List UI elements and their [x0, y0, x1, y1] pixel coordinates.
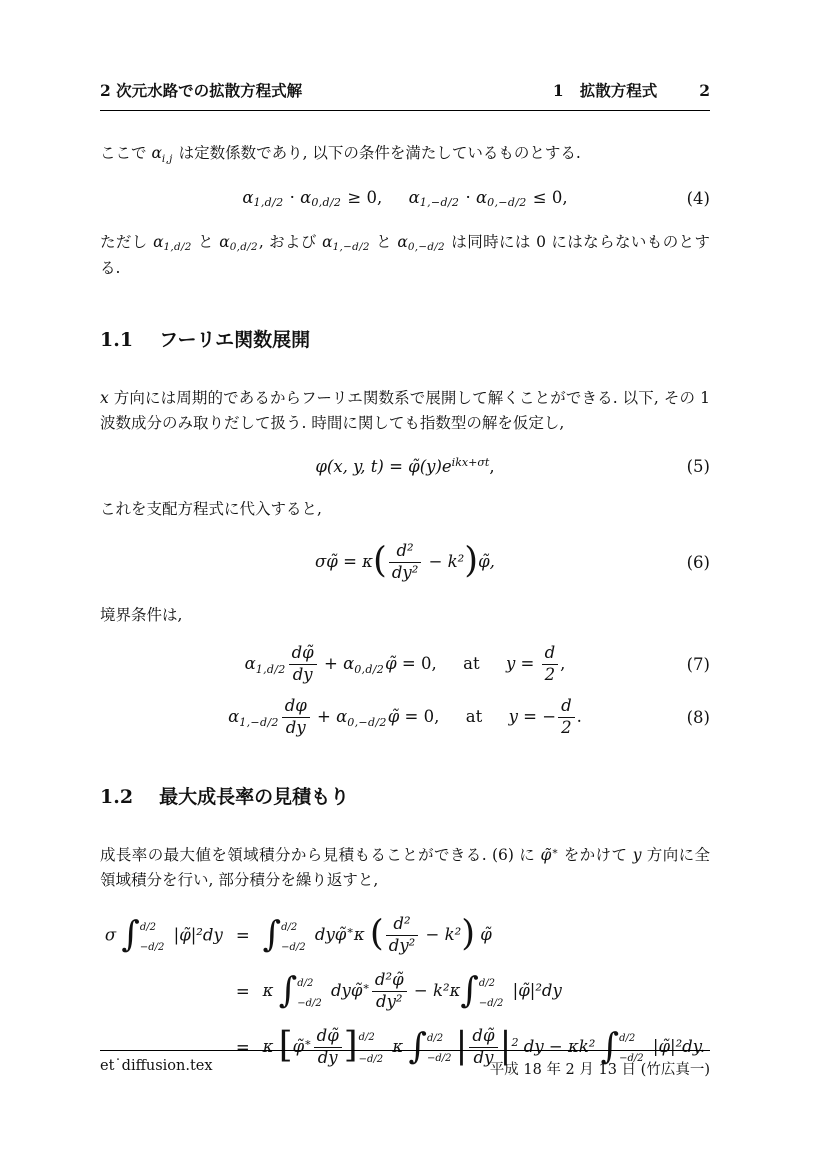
integral-limits: d/2−d/2: [297, 979, 322, 1009]
upper-limit: d/2: [297, 979, 322, 989]
math-alpha: α: [336, 707, 347, 726]
math-alpha: α: [151, 144, 161, 162]
math-relation: ≥ 0,: [342, 188, 382, 207]
fraction-numerator: d: [542, 644, 559, 665]
text: 境界条件は,: [100, 606, 182, 624]
math-subscript: 0,−d/2: [408, 241, 445, 253]
math-cdot: ·: [284, 188, 300, 207]
math-at: at: [466, 707, 482, 726]
equation-number: (6): [687, 553, 710, 573]
integral: ∫d/2−d/2: [279, 977, 326, 1007]
fraction: d2: [542, 644, 559, 685]
lower-limit: −d/2: [140, 943, 165, 953]
math-x: x: [100, 389, 109, 407]
fraction-denominator: 2: [542, 665, 559, 685]
equation-6: σφ̃ = κ(d²dy² − k²)φ̃, (6): [100, 542, 710, 583]
math-operator: +: [312, 707, 336, 726]
document-page: 2 次元水路での拡散方程式解 1 拡散方程式 2 ここで αi,j は定数係数で…: [0, 0, 826, 1169]
equation-number: (8): [687, 708, 710, 728]
fraction-numerator: d²: [389, 542, 422, 563]
lower-limit: −d/2: [479, 999, 504, 1009]
text: と: [371, 233, 398, 251]
math-subscript: i,j: [162, 153, 173, 165]
math-expression: − k²κ: [409, 981, 461, 1000]
text: は定数係数であり, 以下の条件を満たしているものとする.: [174, 144, 581, 162]
equation-5: φ(x, y, t) = φ̃(y)eikx+σt, (5): [100, 456, 710, 477]
page-content: 2 次元水路での拡散方程式解 1 拡散方程式 2 ここで αi,j は定数係数で…: [100, 78, 710, 1068]
text: 成長率の最大値を領域積分から見積もることができる. (6) に: [100, 846, 540, 864]
math-expression: φ(x, y, t) = φ̃(y)e: [315, 457, 451, 476]
paragraph-1: ここで αi,j は定数係数であり, 以下の条件を満たしているものとする.: [100, 141, 710, 167]
math-condition: y = −: [509, 707, 556, 726]
math-subscript: 1,−d/2: [239, 716, 278, 729]
fraction-denominator: 2: [558, 718, 575, 738]
footer-filename: et˙diffusion.tex: [100, 1058, 213, 1079]
running-head-section-title: 拡散方程式: [580, 78, 658, 103]
math-phi: φ̃: [385, 654, 397, 673]
section-number: 1.2: [100, 782, 133, 813]
math-expression: |φ̃|²dy: [168, 925, 222, 944]
math-at: at: [463, 654, 479, 673]
math-expression: φ̃,: [478, 552, 495, 571]
integral: ∫d/2−d/2: [263, 921, 310, 951]
upper-limit: d/2: [619, 1034, 644, 1044]
upper-limit: d/2: [140, 923, 165, 933]
math-superscript: ikx+σt: [452, 456, 490, 469]
math-phi: φ̃: [388, 707, 400, 726]
math-kappa: κ: [354, 925, 365, 944]
section-number: 1.1: [100, 325, 133, 356]
math-expression: |φ̃|²dy: [507, 981, 561, 1000]
integral-limits: d/2−d/2: [140, 923, 165, 953]
running-head-left: 2 次元水路での拡散方程式解: [100, 78, 302, 103]
boundary-condition-equations: α1,d/2dφ̃dy + α0,d/2φ̃ = 0,aty = d2, (7)…: [100, 644, 710, 738]
text: 方向には周期的であるからフーリエ関数系で展開して解くことができる. 以下, その…: [100, 389, 710, 432]
equals-sign: =: [236, 926, 250, 946]
paragraph-4: これを支配方程式に代入すると,: [100, 497, 710, 522]
header-gap: [100, 111, 710, 141]
fraction: d²dy²: [389, 542, 422, 583]
fraction-numerator: dφ: [282, 697, 310, 718]
math-expression: − k²: [423, 552, 464, 571]
math-kappa: κ: [263, 981, 279, 1000]
page-number: 2: [699, 78, 710, 103]
integral-derivation: σ ∫d/2−d/2 |φ̃|²dy = ∫d/2−d/2 dyφ̃∗κ (d²…: [105, 915, 705, 1068]
equation-4: α1,d/2 · α0,d/2 ≥ 0,α1,−d/2 · α0,−d/2 ≤ …: [100, 188, 710, 210]
math-punctuation: ,: [560, 654, 565, 673]
math-alpha: α: [242, 188, 253, 207]
math-subscript: 1,d/2: [164, 241, 192, 253]
math-condition: y =: [506, 654, 540, 673]
fraction-denominator: dy: [282, 718, 310, 738]
math-phi: φ̃: [475, 925, 492, 944]
math-subscript: 0,−d/2: [487, 196, 526, 209]
fraction: dφ̃dy: [289, 644, 317, 685]
math-phi: φ̃: [540, 846, 551, 864]
integral: ∫d/2−d/2: [460, 977, 507, 1007]
math-superscript: 2: [511, 1036, 518, 1049]
math-alpha: α: [322, 233, 332, 251]
math-subscript: 0,d/2: [311, 196, 341, 209]
integral: ∫d/2−d/2: [121, 921, 168, 951]
equals-sign: =: [236, 982, 250, 1002]
math-expression: dyφ̃: [310, 925, 347, 944]
math-expression: dyφ̃: [326, 981, 363, 1000]
math-relation: = 0,: [397, 654, 437, 673]
fraction: d2: [558, 697, 575, 738]
section-title: 最大成長率の見積もり: [159, 782, 349, 813]
math-expression: − k²: [420, 925, 461, 944]
text: ここで: [100, 144, 151, 162]
footer-rule: [100, 1050, 710, 1051]
math-alpha: α: [300, 188, 311, 207]
integral-limits: d/2−d/2: [479, 979, 504, 1009]
fraction-denominator: dy²: [389, 563, 422, 583]
math-subscript: 1,−d/2: [420, 196, 459, 209]
lower-limit: −d/2: [281, 943, 306, 953]
equation-8: α1,−d/2dφdy + α0,−d/2φ̃ = 0,aty = −d2. (…: [100, 697, 710, 738]
upper-limit: d/2: [427, 1034, 452, 1044]
text: ただし: [100, 233, 153, 251]
math-superscript: ∗: [346, 924, 354, 937]
lower-limit: −d/2: [297, 999, 322, 1009]
fraction-numerator: d²φ̃: [372, 971, 407, 992]
math-relation: = 0,: [399, 707, 439, 726]
fraction: d²φ̃dy²: [372, 971, 407, 1012]
fraction-numerator: d²: [386, 915, 419, 936]
text: と: [193, 233, 220, 251]
equation-number: (4): [687, 189, 710, 209]
text: をかけて: [558, 846, 632, 864]
math-alpha: α: [245, 654, 256, 673]
math-punctuation: ,: [489, 457, 494, 476]
upper-limit: d/2: [359, 1033, 384, 1043]
fraction-numerator: d: [558, 697, 575, 718]
integral-limits: d/2−d/2: [281, 923, 306, 953]
fraction-denominator: dy²: [372, 992, 407, 1012]
section-heading-1-1: 1.1 フーリエ関数展開: [100, 325, 710, 356]
section-heading-1-2: 1.2 最大成長率の見積もり: [100, 782, 710, 813]
running-head: 2 次元水路での拡散方程式解 1 拡散方程式 2: [100, 78, 710, 110]
fraction: dφdy: [282, 697, 310, 738]
page-footer: et˙diffusion.tex 平成 18 年 2 月 13 日 (竹広真一): [100, 1050, 710, 1079]
math-alpha: α: [397, 233, 407, 251]
math-subscript: 0,−d/2: [347, 716, 386, 729]
text: , および: [259, 233, 322, 251]
fraction-denominator: dy²: [386, 936, 419, 956]
math-expression: σφ̃ = κ: [315, 552, 373, 571]
upper-limit: d/2: [281, 923, 306, 933]
derivation-row2-rhs: κ ∫d/2−d/2 dyφ̃∗d²φ̃dy² − k²κ∫d/2−d/2 |φ…: [263, 971, 562, 1012]
paragraph-3: x 方向には周期的であるからフーリエ関数系で展開して解くことができる. 以下, …: [100, 386, 710, 436]
math-superscript: ∗: [304, 1036, 312, 1049]
upper-limit: d/2: [479, 979, 504, 989]
equation-number: (5): [687, 457, 710, 477]
footer-date-author: 平成 18 年 2 月 13 日 (竹広真一): [490, 1058, 710, 1079]
math-punctuation: .: [577, 707, 582, 726]
footer-row: et˙diffusion.tex 平成 18 年 2 月 13 日 (竹広真一): [100, 1058, 710, 1079]
section-title: フーリエ関数展開: [159, 325, 310, 356]
math-subscript: 1,−d/2: [333, 241, 370, 253]
math-alpha: α: [343, 654, 354, 673]
math-cdot: ·: [460, 188, 476, 207]
math-subscript: 1,d/2: [254, 196, 284, 209]
equation-number: (7): [687, 655, 710, 675]
text: これを支配方程式に代入すると,: [100, 500, 322, 518]
fraction-denominator: dy: [289, 665, 317, 685]
running-head-section-number: 1: [553, 78, 564, 103]
math-alpha: α: [409, 188, 420, 207]
derivation-row1-rhs: ∫d/2−d/2 dyφ̃∗κ (d²dy² − k²) φ̃: [263, 915, 492, 956]
math-alpha: α: [219, 233, 229, 251]
paragraph-5: 境界条件は,: [100, 603, 710, 628]
math-operator: +: [319, 654, 343, 673]
derivation-row1-lhs: σ ∫d/2−d/2 |φ̃|²dy: [105, 921, 223, 951]
fraction-numerator: dφ̃: [314, 1027, 342, 1048]
math-relation: ≤ 0,: [528, 188, 568, 207]
math-subscript: 1,d/2: [256, 663, 286, 676]
math-alpha: α: [228, 707, 239, 726]
paragraph-6: 成長率の最大値を領域積分から見積もることができる. (6) に φ̃∗ をかけて…: [100, 843, 710, 893]
fraction-numerator: dφ̃: [469, 1027, 497, 1048]
math-subscript: 0,d/2: [354, 663, 384, 676]
fraction: d²dy²: [386, 915, 419, 956]
fraction-numerator: dφ̃: [289, 644, 317, 665]
math-subscript: 0,d/2: [230, 241, 258, 253]
equation-7: α1,d/2dφ̃dy + α0,d/2φ̃ = 0,aty = d2, (7): [100, 644, 710, 685]
math-alpha: α: [476, 188, 487, 207]
paragraph-2: ただし α1,d/2 と α0,d/2, および α1,−d/2 と α0,−d…: [100, 230, 710, 282]
math-superscript: ∗: [362, 980, 370, 993]
math-sigma: σ: [105, 925, 116, 944]
math-alpha: α: [153, 233, 163, 251]
